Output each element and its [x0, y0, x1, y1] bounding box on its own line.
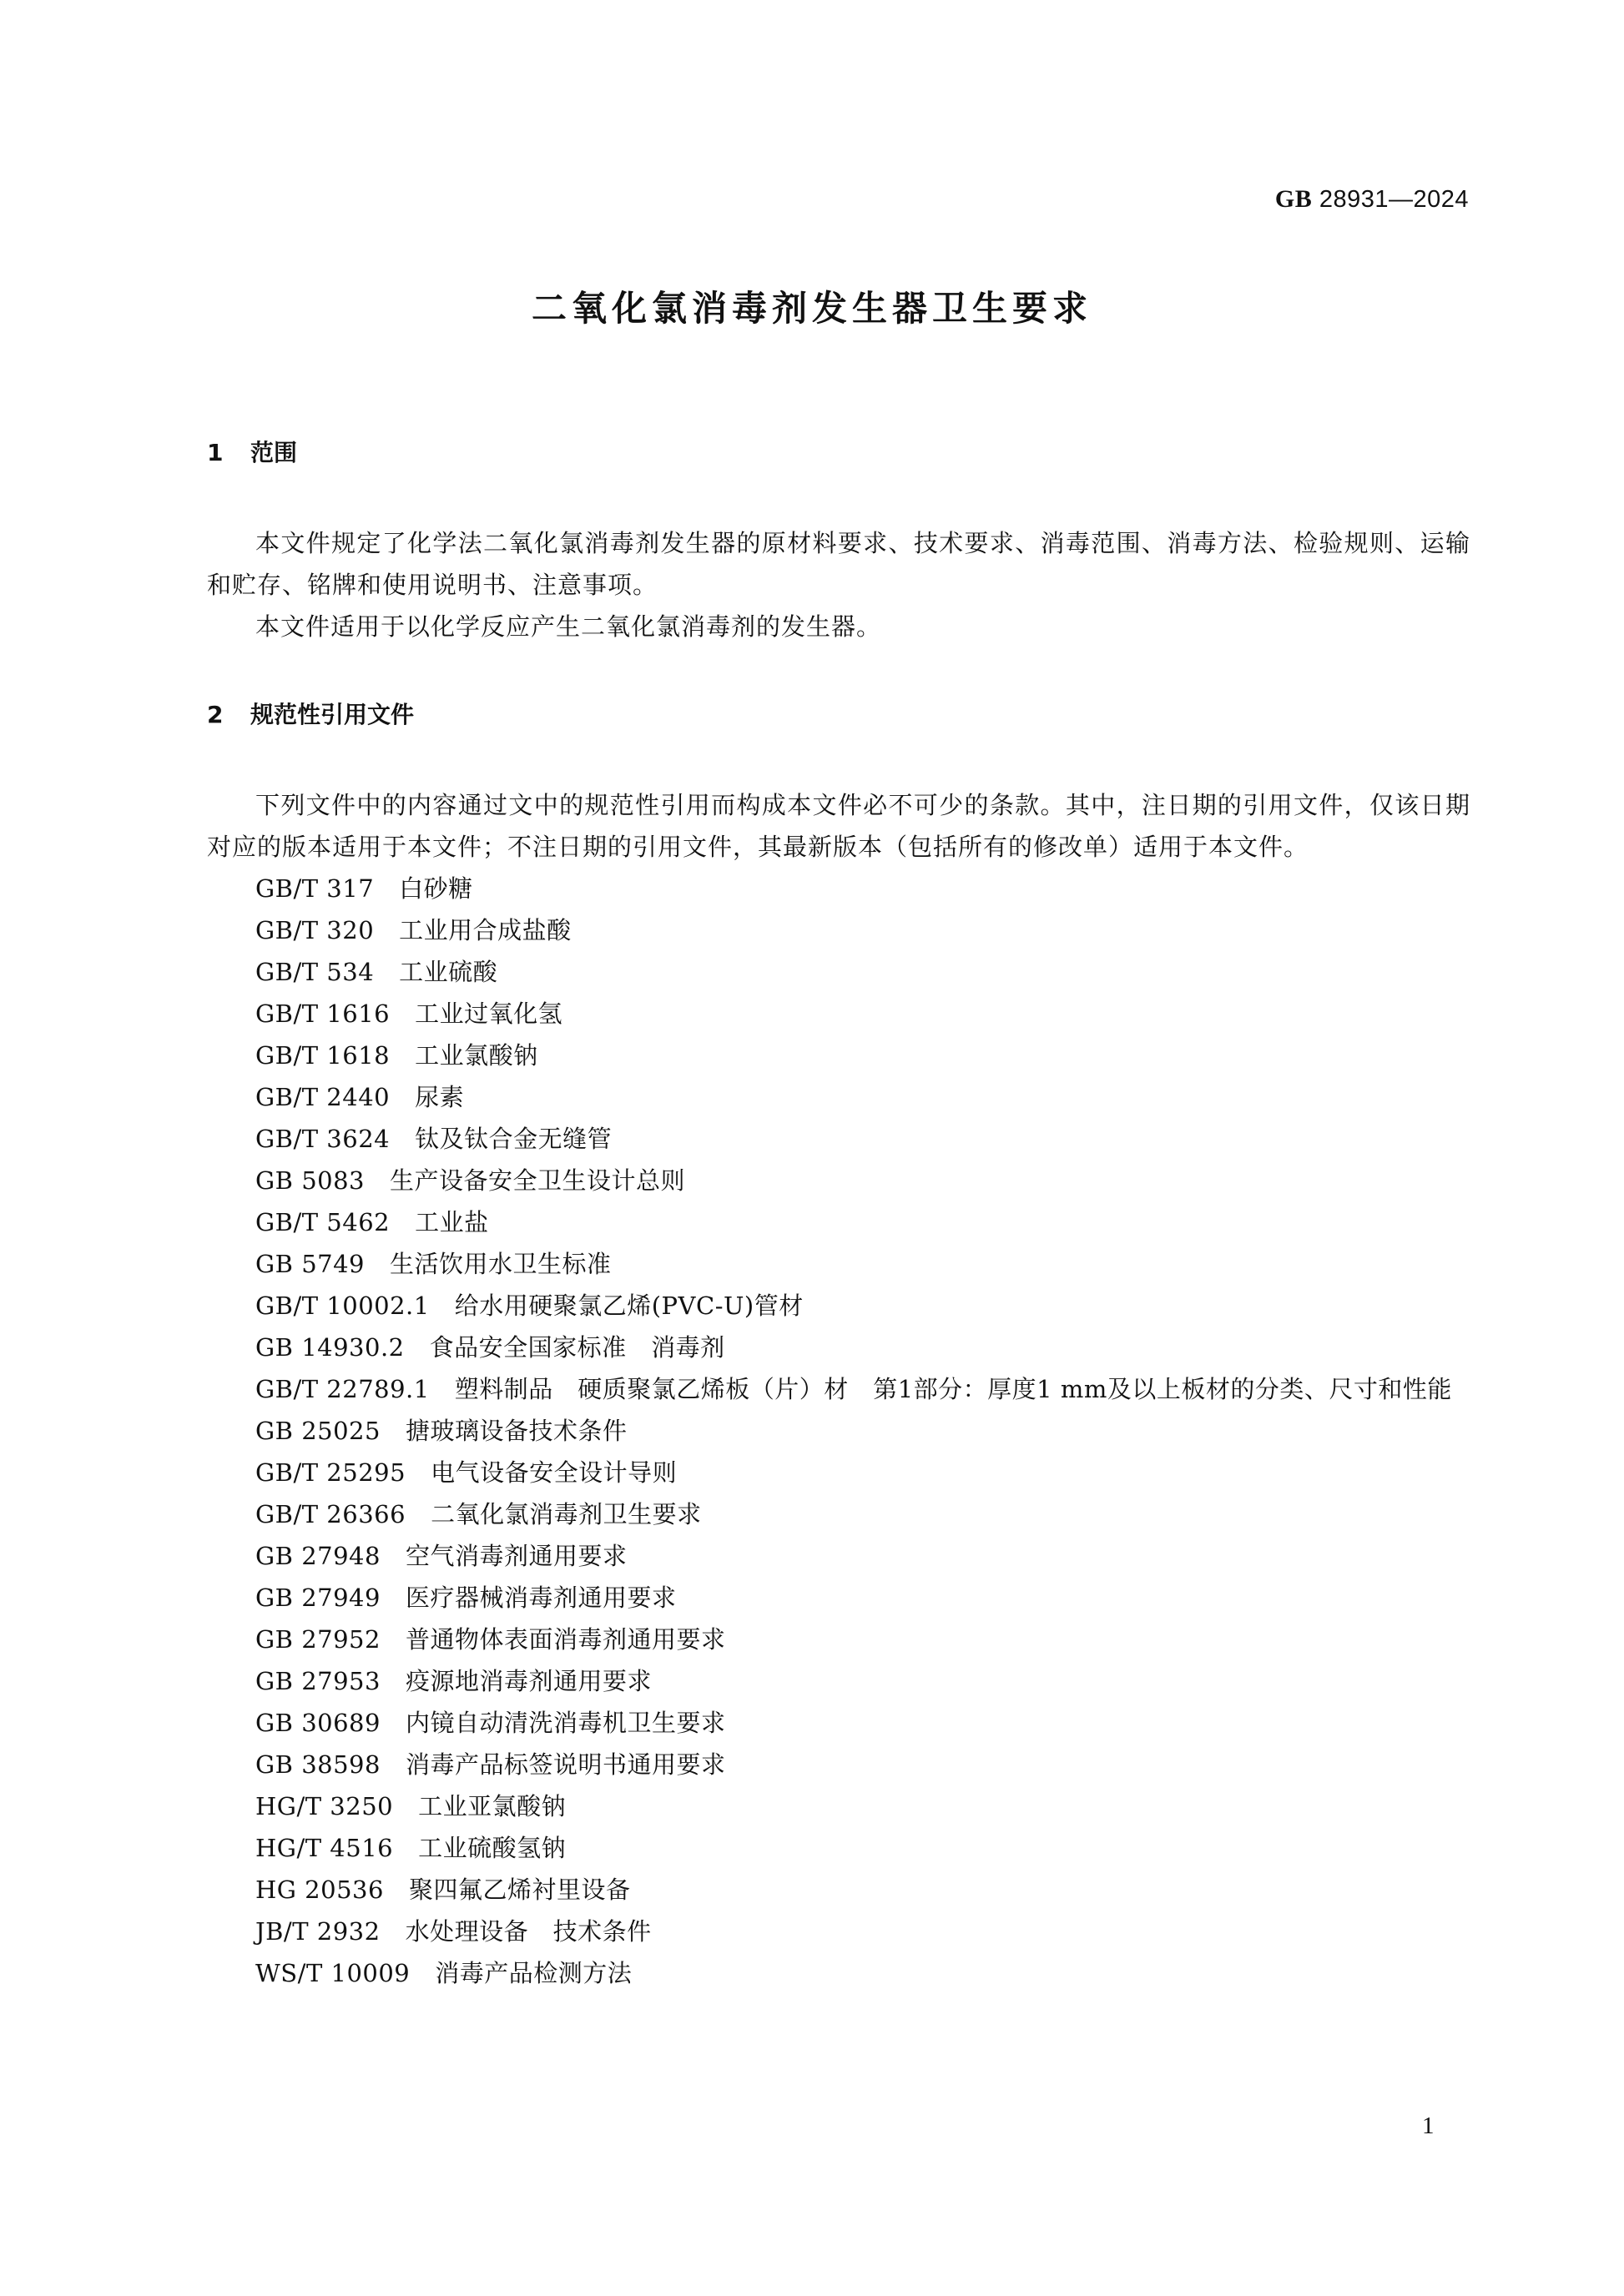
reference-code: HG 20536	[255, 1876, 384, 1904]
reference-title: 工业硫酸	[399, 958, 497, 986]
reference-code: GB/T 22789.1	[255, 1375, 430, 1403]
reference-code: JB/T 2932	[255, 1917, 381, 1946]
reference-item: GB 27952普通物体表面消毒剂通用要求	[207, 1619, 1470, 1660]
reference-title: 普通物体表面消毒剂通用要求	[406, 1625, 726, 1654]
reference-list: GB/T 317白砂糖GB/T 320工业用合成盐酸GB/T 534工业硫酸GB…	[207, 868, 1470, 1994]
reference-title: 空气消毒剂通用要求	[406, 1542, 628, 1570]
reference-title: 工业盐	[415, 1208, 489, 1236]
reference-code: GB 5083	[255, 1166, 365, 1195]
reference-code: GB/T 320	[255, 916, 374, 944]
section-number: 1	[207, 432, 250, 474]
paragraph: 本文件适用于以化学反应产生二氧化氯消毒剂的发生器。	[207, 606, 1470, 647]
reference-item: GB/T 26366二氧化氯消毒剂卫生要求	[207, 1493, 1470, 1535]
standard-prefix: GB	[1275, 185, 1312, 213]
section-heading-normative-references: 2规范性引用文件	[207, 694, 1470, 736]
reference-code: GB 14930.2	[255, 1333, 405, 1362]
reference-title: 钛及钛合金无缝管	[415, 1125, 612, 1153]
reference-title: 消毒产品检测方法	[435, 1959, 632, 1987]
reference-code: GB 38598	[255, 1750, 381, 1779]
paragraph: 本文件规定了化学法二氧化氯消毒剂发生器的原材料要求、技术要求、消毒范围、消毒方法…	[207, 522, 1470, 606]
reference-item: WS/T 10009消毒产品检测方法	[207, 1952, 1470, 1994]
reference-code: GB/T 26366	[255, 1500, 406, 1528]
section-title: 规范性引用文件	[250, 701, 414, 728]
reference-item: GB/T 320工业用合成盐酸	[207, 909, 1470, 951]
reference-item: HG/T 3250工业亚氯酸钠	[207, 1785, 1470, 1827]
reference-code: GB/T 2440	[255, 1083, 390, 1111]
reference-item: GB/T 317白砂糖	[207, 868, 1470, 909]
reference-code: GB 30689	[255, 1709, 381, 1737]
reference-title: 给水用硬聚氯乙烯(PVC-U)管材	[455, 1291, 804, 1320]
reference-title: 生产设备安全卫生设计总则	[390, 1166, 685, 1195]
reference-code: GB 27948	[255, 1542, 381, 1570]
reference-title: 生活饮用水卫生标准	[390, 1250, 612, 1278]
reference-code: GB/T 1618	[255, 1041, 390, 1070]
reference-item: GB/T 1616工业过氧化氢	[207, 993, 1470, 1035]
reference-code: GB 5749	[255, 1250, 365, 1278]
reference-item: GB/T 25295电气设备安全设计导则	[207, 1452, 1470, 1493]
paragraph: 下列文件中的内容通过文中的规范性引用而构成本文件必不可少的条款。其中，注日期的引…	[207, 784, 1470, 868]
reference-title: 塑料制品 硬质聚氯乙烯板（片）材 第1部分：厚度1 mm及以上板材的分类、尺寸和…	[455, 1375, 1452, 1403]
standard-number: 28931—2024	[1319, 186, 1469, 213]
page-number: 1	[1422, 2112, 1435, 2140]
reference-title: 二氧化氯消毒剂卫生要求	[431, 1500, 702, 1528]
reference-code: GB/T 10002.1	[255, 1291, 430, 1320]
reference-code: GB/T 3624	[255, 1125, 390, 1153]
reference-item: GB/T 534工业硫酸	[207, 951, 1470, 993]
reference-title: 工业硫酸氢钠	[418, 1834, 566, 1862]
reference-code: GB/T 534	[255, 958, 374, 986]
reference-item: GB 30689内镜自动清洗消毒机卫生要求	[207, 1702, 1470, 1744]
document-title: 二氧化氯消毒剂发生器卫生要求	[0, 281, 1624, 331]
reference-title: 内镜自动清洗消毒机卫生要求	[406, 1709, 726, 1737]
reference-code: GB 27953	[255, 1667, 381, 1695]
reference-item: GB/T 3624钛及钛合金无缝管	[207, 1118, 1470, 1160]
reference-item: GB/T 2440尿素	[207, 1076, 1470, 1118]
reference-title: 电气设备安全设计导则	[431, 1458, 677, 1487]
reference-item: GB 5749生活饮用水卫生标准	[207, 1243, 1470, 1285]
reference-item: GB 27948空气消毒剂通用要求	[207, 1535, 1470, 1577]
reference-title: 白砂糖	[399, 874, 473, 903]
reference-item: GB 25025搪玻璃设备技术条件	[207, 1410, 1470, 1452]
reference-code: GB 27952	[255, 1625, 381, 1654]
reference-title: 工业用合成盐酸	[399, 916, 572, 944]
reference-item: GB/T 1618工业氯酸钠	[207, 1035, 1470, 1076]
reference-item: HG/T 4516工业硫酸氢钠	[207, 1827, 1470, 1869]
reference-title: 医疗器械消毒剂通用要求	[406, 1584, 677, 1612]
reference-title: 消毒产品标签说明书通用要求	[406, 1750, 726, 1779]
document-body: 1范围 本文件规定了化学法二氧化氯消毒剂发生器的原材料要求、技术要求、消毒范围、…	[207, 432, 1470, 1994]
reference-title: 聚四氟乙烯衬里设备	[409, 1876, 631, 1904]
reference-item: GB 14930.2食品安全国家标准 消毒剂	[207, 1327, 1470, 1368]
reference-title: 工业亚氯酸钠	[418, 1792, 566, 1820]
reference-title: 尿素	[415, 1083, 464, 1111]
reference-title: 水处理设备 技术条件	[406, 1917, 652, 1946]
reference-code: GB 27949	[255, 1584, 381, 1612]
section-heading-scope: 1范围	[207, 432, 1470, 474]
reference-title: 搪玻璃设备技术条件	[406, 1417, 628, 1445]
reference-title: 疫源地消毒剂通用要求	[406, 1667, 652, 1695]
document-page: GB 28931—2024 二氧化氯消毒剂发生器卫生要求 1范围 本文件规定了化…	[0, 0, 1624, 2296]
reference-code: HG/T 4516	[255, 1834, 393, 1862]
reference-title: 工业氯酸钠	[415, 1041, 538, 1070]
reference-item: GB 5083生产设备安全卫生设计总则	[207, 1160, 1470, 1201]
reference-code: WS/T 10009	[255, 1959, 410, 1987]
reference-item: JB/T 2932水处理设备 技术条件	[207, 1911, 1470, 1952]
section-title: 范围	[250, 439, 297, 466]
reference-code: GB 25025	[255, 1417, 381, 1445]
reference-item: GB 38598消毒产品标签说明书通用要求	[207, 1744, 1470, 1785]
reference-item: GB/T 5462工业盐	[207, 1201, 1470, 1243]
reference-title: 工业过氧化氢	[415, 999, 562, 1028]
reference-item: HG 20536聚四氟乙烯衬里设备	[207, 1869, 1470, 1911]
section-number: 2	[207, 694, 250, 736]
reference-item: GB/T 22789.1塑料制品 硬质聚氯乙烯板（片）材 第1部分：厚度1 mm…	[207, 1368, 1470, 1410]
reference-item: GB 27953疫源地消毒剂通用要求	[207, 1660, 1470, 1702]
reference-code: GB/T 1616	[255, 999, 390, 1028]
reference-title: 食品安全国家标准 消毒剂	[430, 1333, 725, 1362]
reference-code: GB/T 317	[255, 874, 374, 903]
reference-code: HG/T 3250	[255, 1792, 393, 1820]
reference-item: GB 27949医疗器械消毒剂通用要求	[207, 1577, 1470, 1619]
standard-code: GB 28931—2024	[1275, 185, 1469, 214]
reference-code: GB/T 25295	[255, 1458, 406, 1487]
reference-item: GB/T 10002.1给水用硬聚氯乙烯(PVC-U)管材	[207, 1285, 1470, 1327]
reference-code: GB/T 5462	[255, 1208, 390, 1236]
